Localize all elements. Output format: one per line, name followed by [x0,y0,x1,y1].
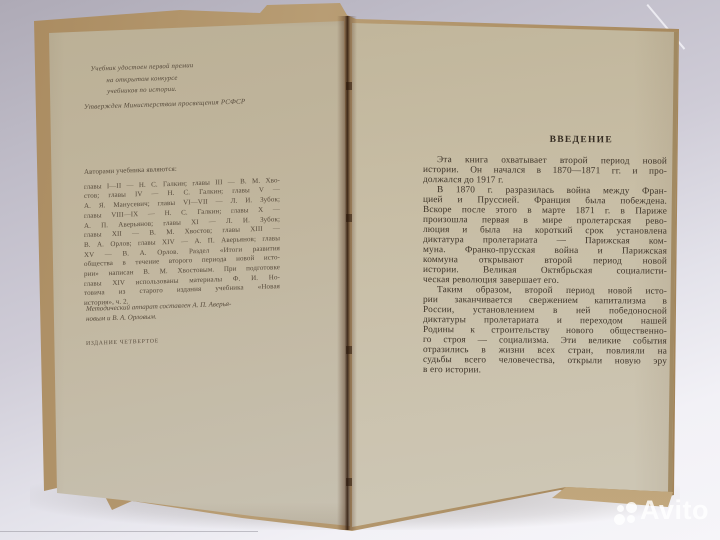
spine-stitching [346,20,352,528]
avito-wordmark: Avito [640,495,709,526]
edition-note: ИЗДАНИЕ ЧЕТВЕРТОЕ [86,338,159,347]
avito-logo-icon [612,498,640,528]
windowsill-edge [0,531,258,532]
approval-line: Утвержден Министерством просвещения РСФС… [84,96,284,111]
award-note: Учебник удостоен первой премиина открыто… [84,60,200,99]
introduction-text: Эта книга охватывает второй период новой… [423,155,667,377]
authors-block: Авторами учебника являются:главы I—II — … [84,161,280,309]
avito-watermark: Avito [612,498,718,532]
introduction-heading: ВВЕДЕНИЕ [423,134,667,146]
right-page-text: ВВЕДЕНИЕ Эта книга охватывает второй пер… [423,134,667,377]
left-page-text: Учебник удостоен первой премиина открыто… [84,0,314,540]
photo-background: Учебник удостоен первой премиина открыто… [0,0,720,540]
